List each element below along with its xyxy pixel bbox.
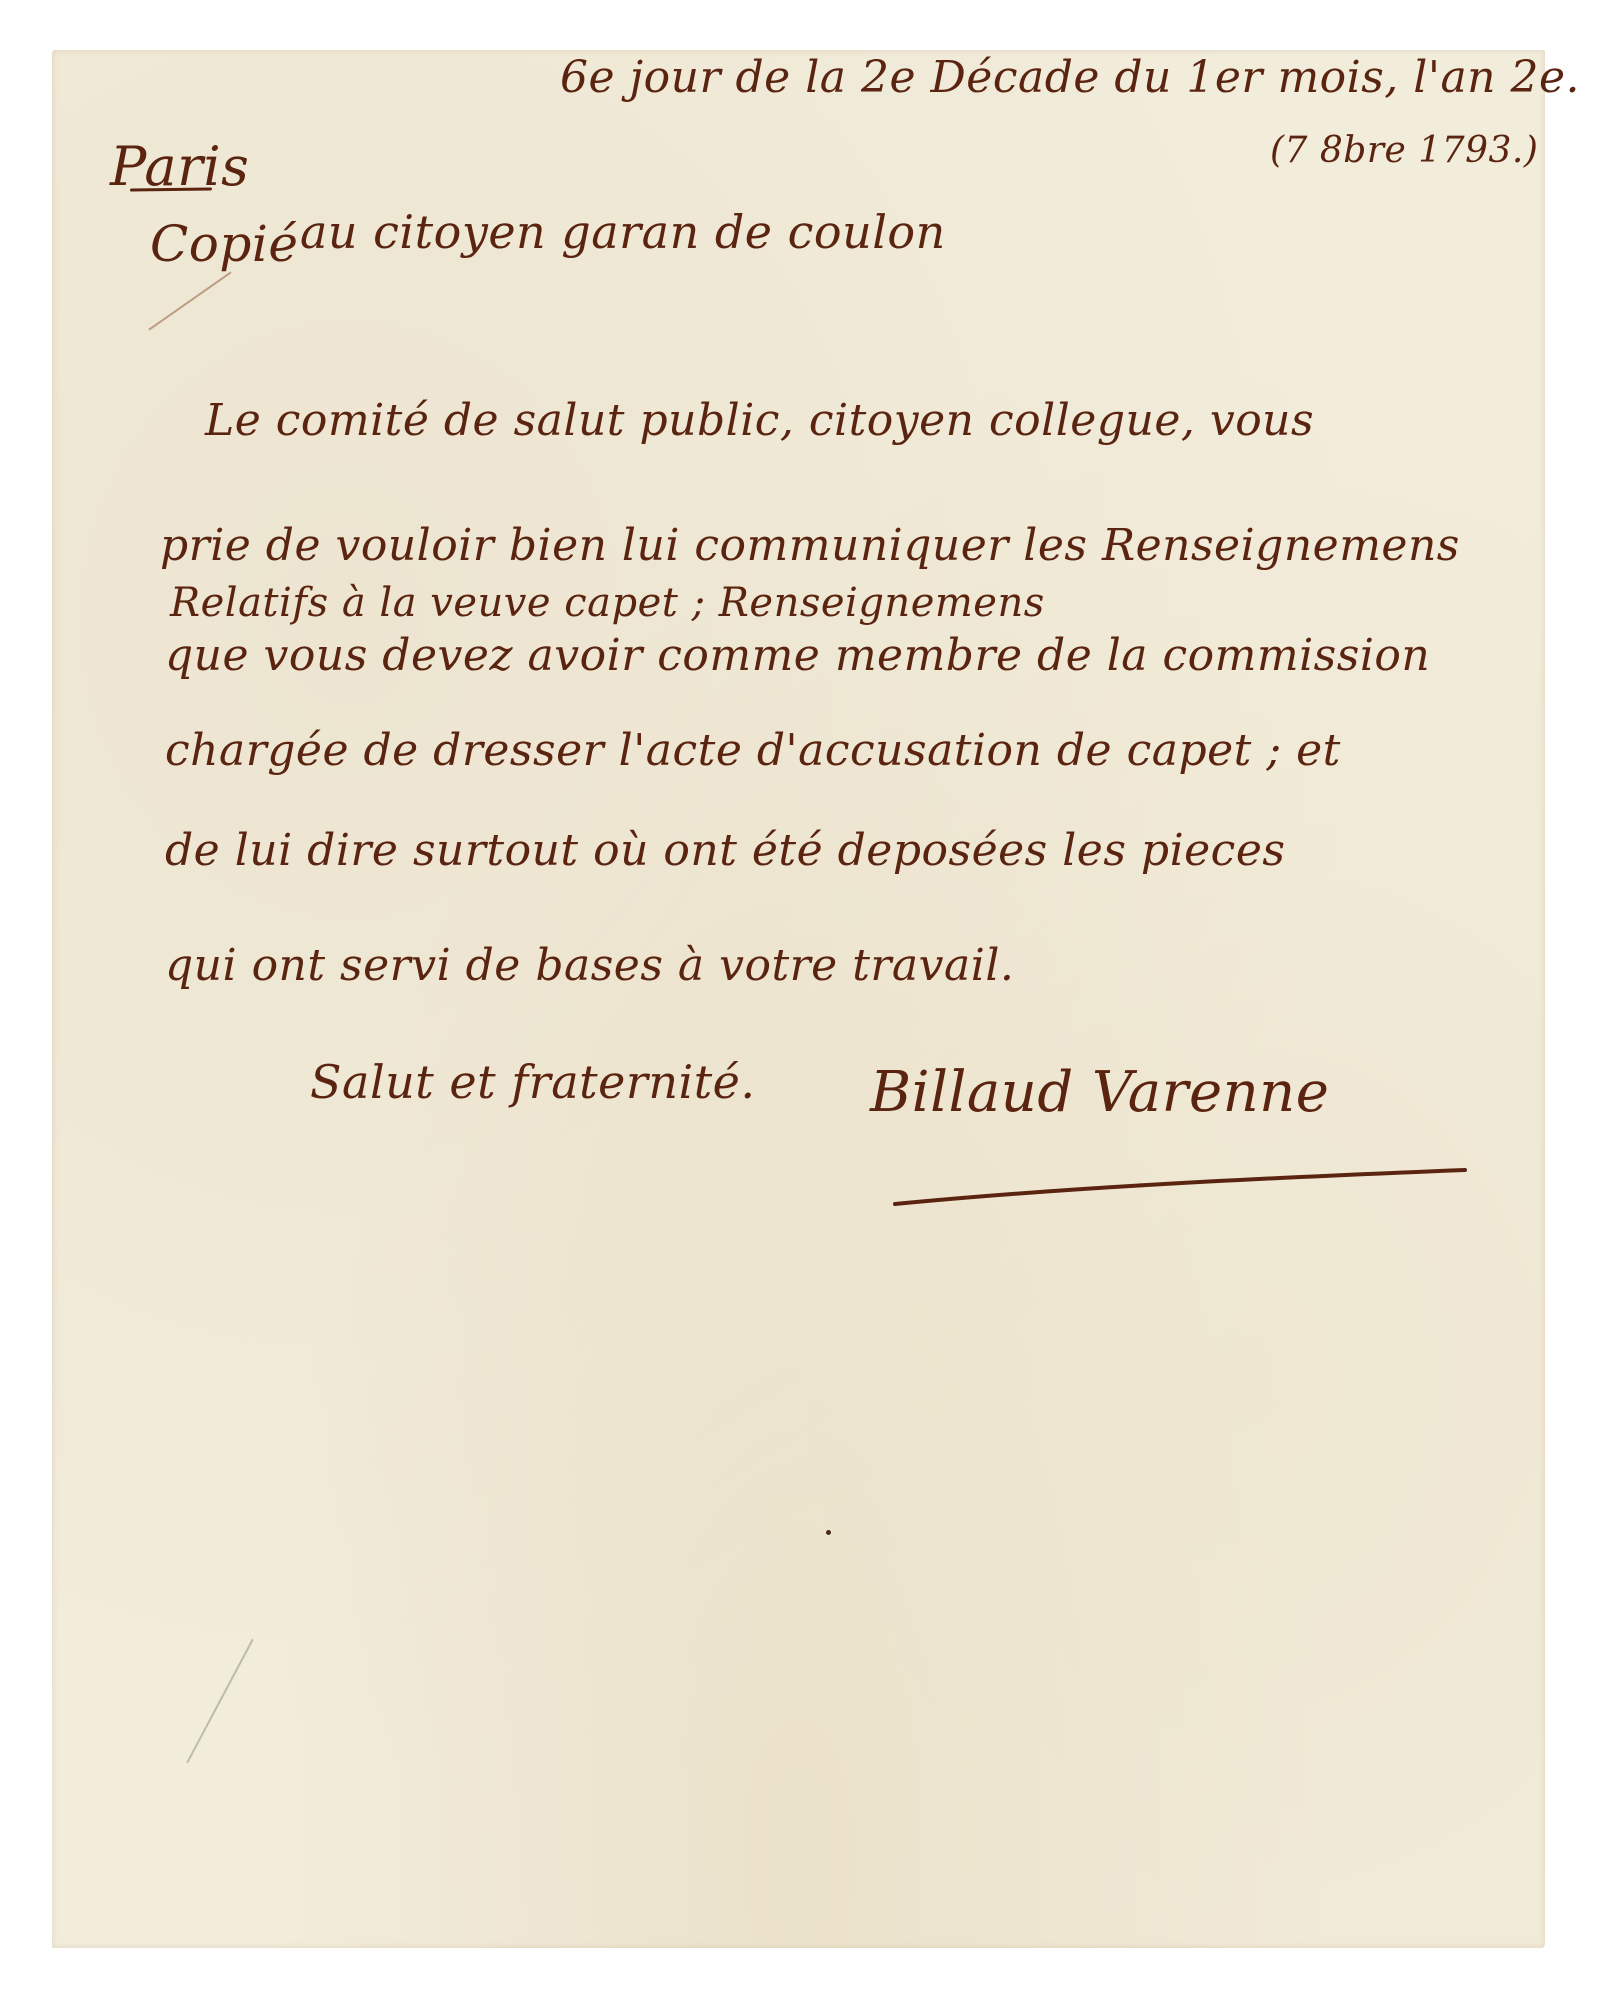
body-line: Relatifs à la veuve capet ; Renseignemen… xyxy=(170,580,1045,626)
body-line: de lui dire surtout où ont été deposées … xyxy=(165,825,1285,876)
gregorian-date: (7 8bre 1793.) xyxy=(1270,130,1538,171)
signature-flourish xyxy=(890,1168,1470,1208)
republican-date: 6e jour de la 2e Décade du 1er mois, l'a… xyxy=(560,52,1580,103)
body-line: Le comité de salut public, citoyen colle… xyxy=(205,395,1314,446)
addressee: au citoyen garan de coulon xyxy=(300,205,946,259)
body-line: que vous devez avoir comme membre de la … xyxy=(165,630,1430,681)
ink-dot xyxy=(826,1530,831,1535)
body-line: qui ont servi de bases à votre travail. xyxy=(165,940,1014,991)
closing-salutation: Salut et fraternité. xyxy=(310,1055,756,1109)
signature: Billaud Varenne xyxy=(870,1060,1329,1125)
letter-paper xyxy=(52,50,1545,1948)
body-line: chargée de dresser l'acte d'accusation d… xyxy=(165,725,1341,776)
margin-copy-note: Copié xyxy=(150,215,298,273)
body-line: prie de vouloir bien lui communiquer les… xyxy=(160,520,1460,571)
